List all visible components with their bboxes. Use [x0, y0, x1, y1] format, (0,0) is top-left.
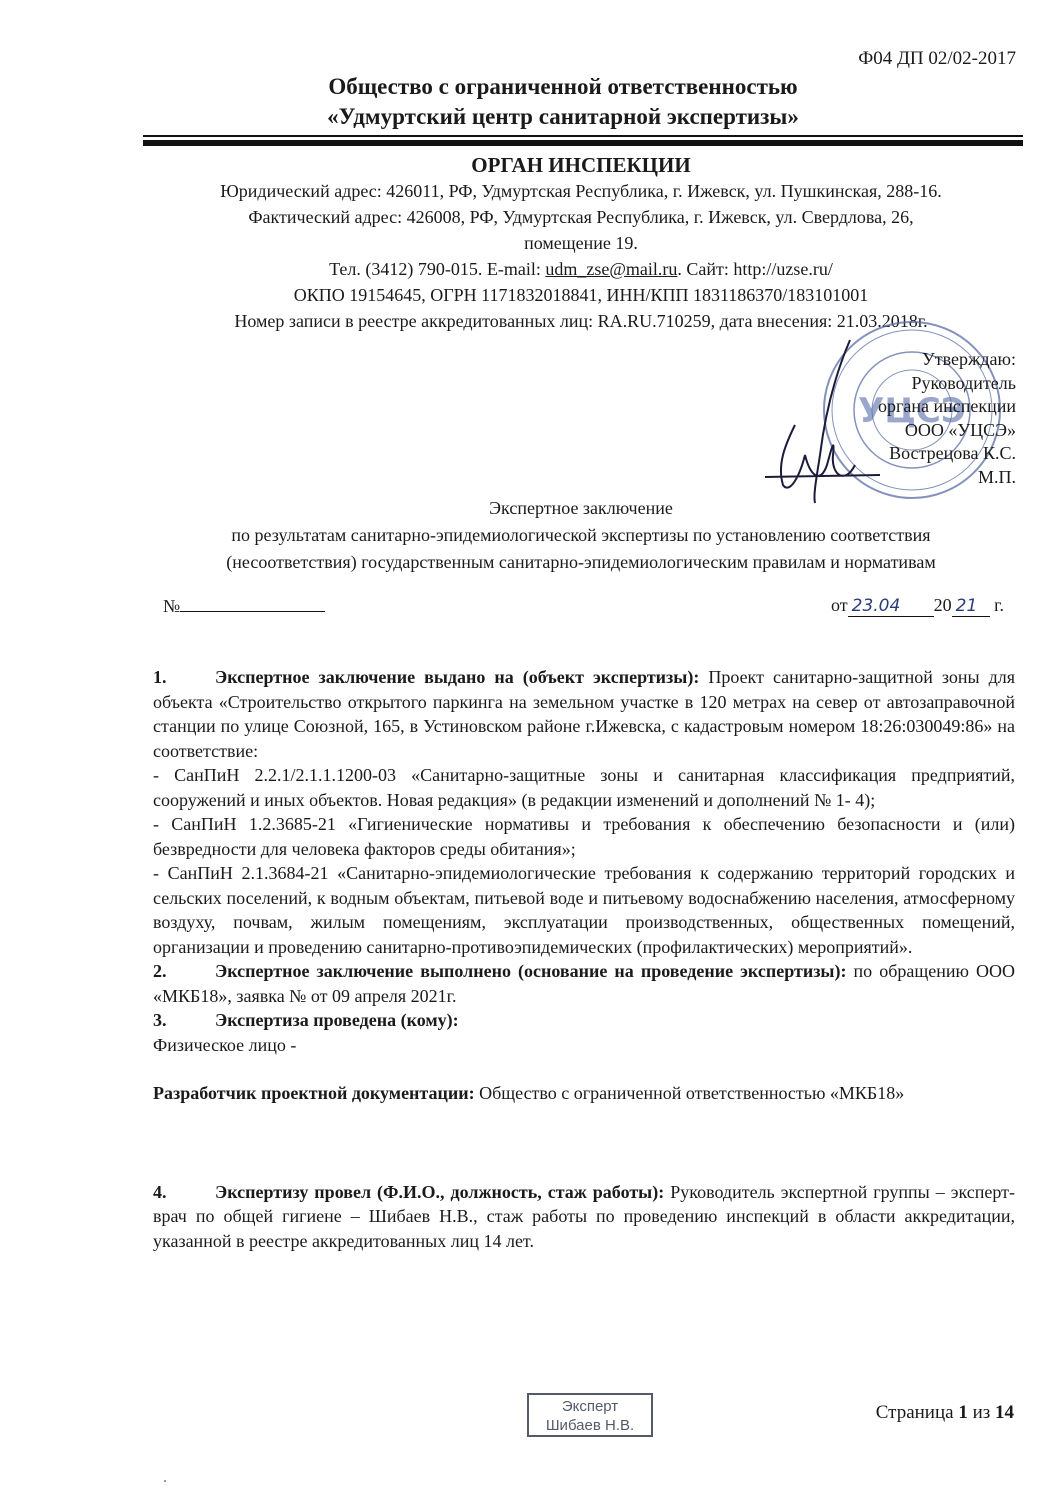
page-number: Страница 1 из 14 — [876, 1402, 1014, 1424]
conclusion-subtitle-1: по результатам санитарно-эпидемиологичес… — [100, 522, 1062, 549]
number-blank — [180, 595, 325, 612]
organization-name: Общество с ограниченной ответственностью… — [0, 72, 1062, 132]
header-rule-thin — [143, 135, 1023, 137]
section-1-item-2: - СанПиН 1.2.3685-21 «Гигиенические норм… — [153, 812, 1015, 861]
conclusion-subtitle-2: (несоответствия) государственным санитар… — [100, 549, 1062, 576]
date-year: 21 — [952, 596, 990, 617]
approval-line-6: М.П. — [878, 466, 1016, 490]
section-3-heading: Экспертиза проведена (кому): — [215, 1010, 459, 1030]
header-rule-thick — [143, 140, 1023, 146]
conclusion-date: от23.042021 г. — [831, 595, 1004, 617]
section-2-number: 2. — [153, 959, 215, 984]
email-link[interactable]: udm_zse@mail.ru — [545, 259, 677, 279]
section-3-developer: Разработчик проектной документации: Обще… — [153, 1081, 1015, 1106]
page-total: 14 — [995, 1402, 1014, 1423]
section-1: 1.Экспертное заключение выдано на (объек… — [153, 665, 1015, 763]
org-line-2: «Удмуртский центр санитарной экспертизы» — [64, 102, 1062, 132]
section-4-number: 4. — [153, 1180, 215, 1205]
approval-line-5: Вострецова К.С. — [878, 442, 1016, 466]
section-4-heading: Экспертизу провел (Ф.И.О., должность, ст… — [215, 1182, 664, 1202]
approval-line-2: Руководитель — [878, 372, 1016, 396]
spacer — [153, 1057, 1015, 1081]
scan-speck — [164, 1480, 166, 1482]
form-code: Ф04 ДП 02/02-2017 — [858, 48, 1016, 70]
approval-block: Утверждаю: Руководитель органа инспекции… — [878, 348, 1016, 489]
section-3-client: Физическое лицо - — [153, 1033, 1015, 1058]
expert-stamp: Эксперт Шибаев Н.В. — [527, 1393, 653, 1437]
approval-line-4: ООО «УЦСЭ» — [878, 419, 1016, 443]
legal-address: Юридический адрес: 426011, РФ, Удмуртска… — [100, 178, 1062, 204]
page-prefix: Страница — [876, 1402, 959, 1423]
registration-codes: ОКПО 19154645, ОГРН 1171832018841, ИНН/К… — [100, 282, 1062, 308]
org-line-1: Общество с ограниченной ответственностью — [64, 72, 1062, 102]
section-1-heading: Экспертное заключение выдано на (объект … — [215, 667, 699, 687]
date-prefix: от — [831, 595, 848, 615]
date-day-month: 23.04 — [848, 596, 934, 617]
phone: Тел. (3412) 790-015. E-mail: — [329, 259, 545, 279]
expert-stamp-line-1: Эксперт — [529, 1397, 651, 1416]
section-1-item-1: - СанПиН 2.2.1/2.1.1.1200-03 «Санитарно-… — [153, 763, 1015, 812]
section-4: 4.Экспертизу провел (Ф.И.О., должность, … — [153, 1180, 1015, 1254]
expert-stamp-line-2: Шибаев Н.В. — [529, 1416, 651, 1435]
section-3-number: 3. — [153, 1008, 215, 1033]
approval-line-3: органа инспекции — [878, 395, 1016, 419]
section-2-heading: Экспертное заключение выполнено (основан… — [215, 961, 846, 981]
developer-label: Разработчик проектной документации: — [153, 1083, 475, 1103]
spacer — [153, 1106, 1015, 1180]
date-suffix: г. — [994, 595, 1004, 615]
inspection-title: ОРГАН ИНСПЕКЦИИ — [100, 152, 1062, 178]
date-century: 20 — [934, 595, 952, 615]
signature-icon — [765, 335, 885, 505]
inspection-body-block: ОРГАН ИНСПЕКЦИИ Юридический адрес: 42601… — [0, 152, 1062, 334]
approval-line-1: Утверждаю: — [878, 348, 1016, 372]
developer-text: Общество с ограниченной ответственностью… — [475, 1083, 905, 1103]
actual-address-1: Фактический адрес: 426008, РФ, Удмуртска… — [100, 204, 1062, 230]
section-3: 3.Экспертиза проведена (кому): — [153, 1008, 1015, 1033]
section-1-item-3: - СанПиН 2.1.3684-21 «Санитарно-эпидемио… — [153, 861, 1015, 959]
page-current: 1 — [958, 1402, 968, 1423]
section-1-number: 1. — [153, 665, 215, 690]
section-2: 2.Экспертное заключение выполнено (основ… — [153, 959, 1015, 1008]
number-label: № — [163, 596, 180, 616]
page-of: из — [968, 1402, 995, 1423]
contacts: Тел. (3412) 790-015. E-mail: udm_zse@mai… — [100, 256, 1062, 282]
document-body: 1.Экспертное заключение выдано на (объек… — [153, 665, 1015, 1253]
actual-address-2: помещение 19. — [100, 230, 1062, 256]
site: . Сайт: http://uzse.ru/ — [677, 259, 832, 279]
conclusion-title: Экспертное заключение — [100, 495, 1062, 522]
conclusion-title-block: Экспертное заключение по результатам сан… — [0, 495, 1062, 576]
conclusion-number: № — [163, 595, 325, 617]
